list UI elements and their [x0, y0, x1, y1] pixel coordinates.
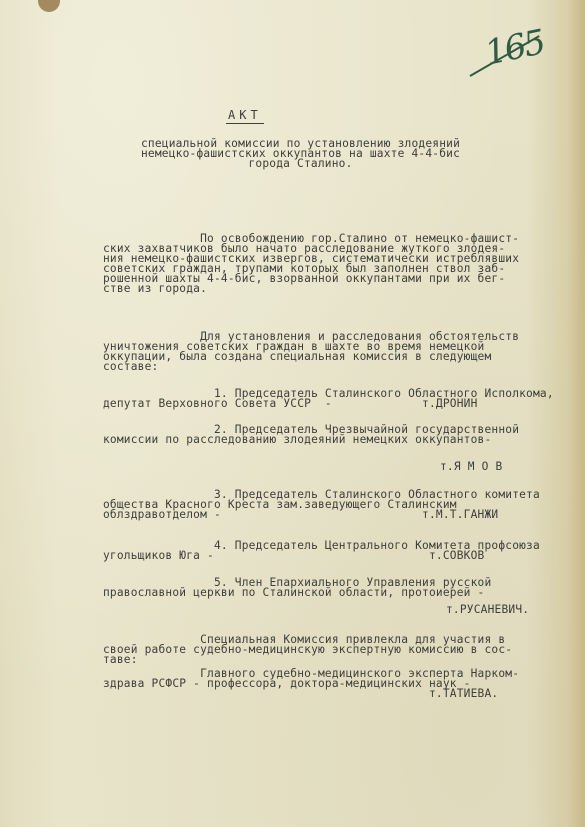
text-line: составе:	[103, 360, 158, 373]
text-line: православной церкви по Сталинской област…	[103, 586, 484, 599]
member-5-name: т.РУСАНЕВИЧ.	[446, 605, 529, 615]
document-title: АКТ	[226, 108, 264, 124]
text-line: оккупации, была создана специальная коми…	[103, 350, 491, 363]
text-line: т.ТАТИЕВА.	[103, 687, 498, 700]
paragraph-chief-expert: Главного судебно-медицинского эксперта Н…	[103, 669, 519, 699]
paragraph-intro: По освобождению гор.Сталино от немецко-ф…	[103, 234, 519, 294]
member-5: 5. Член Епархиального Управления русской…	[103, 578, 491, 598]
text-line: стве из города.	[103, 282, 207, 295]
member-2-name: т.Я М О В	[440, 462, 502, 472]
document-subtitle: специальной комиссии по установлению зло…	[103, 139, 498, 169]
paragraph-experts: Специальная Комиссия привлекла для участ…	[103, 635, 512, 665]
document-page: 165 АКТ специальной комиссии по установл…	[0, 0, 585, 827]
subtitle-line: города Сталино.	[248, 157, 352, 170]
text-line: депутат Верховного Совета УССР - т.ДРОНИ…	[103, 397, 478, 410]
member-3: 3. Председатель Сталинского Областного к…	[103, 490, 540, 520]
member-1: 1. Председатель Сталинского Областного И…	[103, 389, 554, 409]
text-line: своей работе судебно-медицинскую эксперт…	[103, 643, 512, 656]
text-line: таве:	[103, 653, 138, 666]
text-line: облздравотделом - т.М.Т.ГАНЖИ	[103, 508, 498, 521]
text-line: угольщиков Юга - т.СОВКОВ	[103, 549, 484, 562]
text-line: комиссии по расследованию злодеяний неме…	[103, 433, 491, 446]
member-4: 4. Председатель Центрального Комитета пр…	[103, 541, 540, 561]
paragraph-commission: Для установления и расследования обстоят…	[103, 332, 519, 372]
member-2: 2. Председатель Чрезвычайной государстве…	[103, 425, 519, 445]
paper-stain	[38, 0, 60, 12]
